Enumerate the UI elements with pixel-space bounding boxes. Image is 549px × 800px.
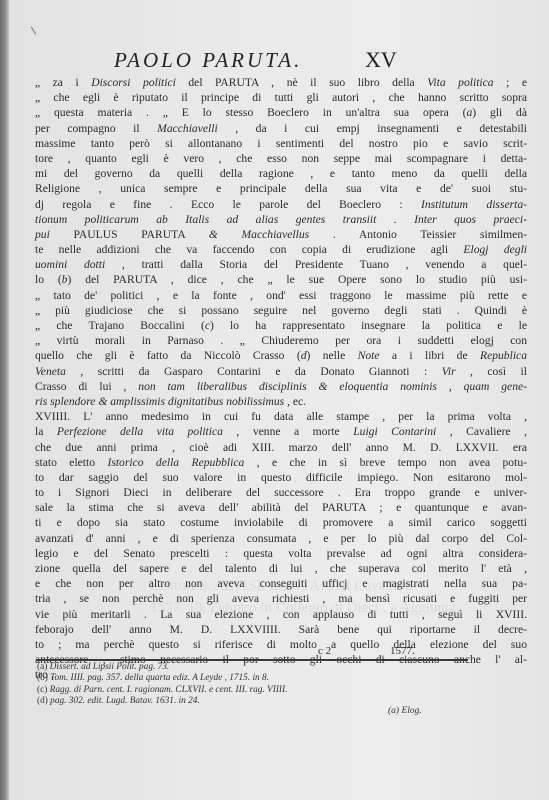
italic-text: Discorsi politici (91, 76, 176, 89)
text-run: e che non per altro non aveva conseguiti… (35, 577, 527, 590)
text-run: te nelle addizioni che va faccendo con c… (35, 243, 463, 256)
text-line: e che non per altro non aveva conseguiti… (35, 576, 527, 591)
footnote-text: Ragg. di Parn. cent. I. ragionam. CLXVII… (50, 685, 288, 695)
italic-text: pui (35, 228, 50, 241)
text-line: vie più meritarli . La sua elezione , co… (35, 607, 527, 622)
signature-mark: c 2 (318, 645, 331, 657)
text-run: quello che gli è fatto da Niccolò Crasso… (35, 349, 301, 362)
text-line: ris splendore & amplissimis dignitatibus… (35, 394, 527, 409)
text-line: Religione , unica sempre e principale de… (35, 181, 527, 196)
catchword: 1577. (390, 645, 415, 657)
page-header: PAOLO PARUTA. XV (110, 48, 510, 74)
text-line: feborajo dell' anno M. D. LXXVIIII. Sarà… (35, 622, 527, 637)
footnote-mark: (d) (37, 696, 48, 706)
text-run: ti e dopo sia stato costume inviolabile … (35, 516, 527, 529)
italic-text: & Macchiavellus (209, 228, 309, 241)
text-line: to dar saggio del suo valore in questo d… (35, 470, 527, 485)
text-run: , e che in sì breve tempo non avea potu- (244, 456, 527, 469)
text-run: , da i cui empj insegnamenti e detestabi… (218, 122, 527, 135)
italic-text: tionum politicarum ab Italis ad alias ge… (35, 213, 527, 226)
text-line: tore , quanto egli è vero , che esso non… (35, 151, 527, 166)
text-run: la (35, 425, 57, 438)
text-run: to i Signori Dieci in deliberare del suc… (35, 486, 527, 499)
footnote-b: (b) Tom. IIII. pag. 357. della quarta ed… (37, 673, 457, 684)
footnote-mark: (c) (37, 685, 47, 695)
text-run: zione quella del sapere e del talento di… (35, 562, 527, 575)
text-run: „ questa materia . „ E lo stesso Boecler… (35, 106, 466, 119)
page-binding-shadow (0, 0, 9, 800)
text-run: , Cavaliere , (436, 425, 527, 438)
text-line: legio e del Senato prescelti : questa vo… (35, 546, 527, 561)
italic-text: Macchiavelli (157, 122, 218, 135)
body-text: „ za i Discorsi politici del PARUTA , nè… (35, 75, 527, 683)
text-run: , così il (456, 365, 527, 378)
text-line: quello che gli è fatto da Niccolò Crasso… (35, 348, 527, 363)
footnote-text: Dissert. ad Lipsii Polit. pag. 73. (50, 662, 170, 672)
italic-text: Elogj degli (463, 243, 527, 256)
italic-text: Republica (480, 349, 527, 362)
text-run: legio e del Senato prescelti : questa vo… (35, 547, 527, 560)
text-line: „ più giudiciose che si possano seguire … (35, 303, 527, 318)
text-run: „ za i (35, 76, 91, 89)
text-line: dj regola e fine . Ecco le parole del Bo… (35, 197, 527, 212)
text-line: zione quella del sapere e del talento di… (35, 561, 527, 576)
footnote-mark: (b) (37, 673, 48, 683)
text-run: tore , quanto egli è vero , che esso non… (35, 152, 527, 165)
text-line: „ virtù morali in Parnaso . „ Chiuderemo… (35, 333, 527, 348)
text-run: ; e (494, 76, 527, 89)
italic-text: Perfezione della vita politica (57, 425, 223, 438)
text-line: massime tanto però si allontanano i sent… (35, 136, 527, 151)
text-run: avanzati d' anni , e di sperienza consum… (35, 532, 527, 545)
book-page: PAOLO PARUTA. XV Elettori S. ALVISE CONT… (0, 0, 549, 800)
text-line: Crasso di lui , non tam liberalibus disc… (35, 379, 527, 394)
text-run: . Antonio Teissier similmen- (309, 228, 527, 241)
text-line: per compagno il Macchiavelli , da i cui … (35, 121, 527, 136)
text-run: tria , se non perchè non gli aveva richi… (35, 592, 527, 605)
text-run: „ virtù morali in Parnaso . „ Chiuderemo… (35, 334, 527, 347)
footnote-catchword: (a) Elog. (388, 706, 422, 716)
text-line: uomini dotti , tratti dalla Storia del P… (35, 257, 527, 272)
italic-text: Note (358, 349, 380, 362)
text-line: „ che Trajano Boccalini (c) lo ha rappre… (35, 318, 527, 333)
text-line: tionum politicarum ab Italis ad alias ge… (35, 212, 527, 227)
italic-text: Vita politica (427, 76, 493, 89)
text-line: tria , se non perchè non gli aveva richi… (35, 591, 527, 606)
text-run: , venne a morte (223, 425, 353, 438)
text-run: „ tato de' politici , e la fonte , ond' … (35, 289, 527, 302)
text-run: stato eletto (35, 456, 107, 469)
text-run: „ che egli è riputato il principe di tut… (35, 91, 527, 104)
text-line: che due anni prima , cioè adi XIII. marz… (35, 440, 527, 455)
italic-text: Luigi Contarini (353, 425, 436, 438)
italic-text: Istorico della Repubblica (107, 456, 244, 469)
text-run: ) gli dà (472, 106, 527, 119)
footnote-a: (a) Dissert. ad Lipsii Polit. pag. 73. (37, 662, 457, 673)
italic-text: ris splendore & amplissimis dignitatibus… (35, 395, 284, 408)
ink-mark (31, 26, 36, 34)
page-number: XV (365, 47, 397, 73)
text-line: to i Signori Dieci in deliberare del suc… (35, 485, 527, 500)
text-run: ) nelle (306, 349, 357, 362)
text-run: , scritti da Gasparo Contarini e da Dona… (66, 365, 442, 378)
text-run: ) del PARUTA , dice , che „ le sue Opere… (68, 273, 527, 286)
text-run: massime tanto però si allontanano i sent… (35, 137, 527, 150)
text-line: mi del governo da quelli della ragione ,… (35, 166, 527, 181)
text-line: la Perfezione della vita politica , venn… (35, 424, 527, 439)
text-line: pui PAULUS PARUTA & Macchiavellus . Anto… (35, 227, 527, 242)
text-run: , ec. (284, 395, 306, 408)
text-run: mi del governo da quelli della ragione ,… (35, 167, 527, 180)
text-run: , tratti dalla Storia del Presidente Tua… (105, 258, 527, 271)
text-run: Religione , unica sempre e principale de… (35, 182, 527, 195)
text-run: per compagno il (35, 122, 157, 135)
text-line: Veneta , scritti da Gasparo Contarini e … (35, 364, 527, 379)
text-line: sale la stima che si aveva dell' abilità… (35, 500, 527, 515)
text-run: a i libri de (380, 349, 480, 362)
text-run: ) lo ha rappresentato insegnare la polit… (210, 319, 527, 332)
italic-text: uomini dotti (35, 258, 105, 271)
text-run: sale la stima che si aveva dell' abilità… (35, 501, 527, 514)
text-run: del PARUTA , nè il suo libro della (176, 76, 427, 89)
text-line: ti e dopo sia stato costume inviolabile … (35, 515, 527, 530)
footnotes: (a) Dissert. ad Lipsii Polit. pag. 73. (… (37, 662, 457, 707)
italic-text: Veneta (35, 365, 66, 378)
text-line: „ za i Discorsi politici del PARUTA , nè… (35, 75, 527, 90)
text-run: vie più meritarli . La sua elezione , co… (35, 608, 527, 621)
text-line: XVIIII. L' anno medesimo in cui fu data … (35, 409, 527, 424)
text-run: to dar saggio del suo valore in questo d… (35, 471, 527, 484)
text-run: feborajo dell' anno M. D. LXXVIIII. Sarà… (35, 623, 527, 636)
text-run: „ più giudiciose che si possano seguire … (35, 304, 527, 317)
running-title: PAOLO PARUTA. (114, 48, 302, 73)
signature-line: c 2 1577. (0, 645, 549, 659)
italic-text: Institutum disserta- (421, 198, 527, 211)
footnote-c: (c) Ragg. di Parn. cent. I. ragionam. CL… (37, 685, 457, 696)
text-run: lo ( (35, 273, 62, 286)
footnote-rule (36, 659, 468, 661)
text-run: PAULUS PARUTA (50, 228, 209, 241)
footnote-mark: (a) (37, 662, 47, 672)
text-line: te nelle addizioni che va faccendo con c… (35, 242, 527, 257)
footnote-text: pag. 302. edit. Lugd. Batav. 1631. in 24… (50, 696, 200, 706)
italic-text: non tam liberalibus disciplinis & eloque… (138, 380, 527, 393)
text-line: avanzati d' anni , e di sperienza consum… (35, 531, 527, 546)
text-run: Crasso di lui , (35, 380, 138, 393)
text-line: lo (b) del PARUTA , dice , che „ le sue … (35, 272, 527, 287)
text-run: XVIIII. L' anno medesimo in cui fu data … (35, 410, 527, 423)
text-line: stato eletto Istorico della Repubblica ,… (35, 455, 527, 470)
text-line: „ tato de' politici , e la fonte , ond' … (35, 288, 527, 303)
text-run: „ che Trajano Boccalini ( (35, 319, 205, 332)
text-run: dj regola e fine . Ecco le parole del Bo… (35, 198, 421, 211)
text-run: che due anni prima , cioè adi XIII. marz… (35, 441, 527, 454)
text-line: „ questa materia . „ E lo stesso Boecler… (35, 105, 527, 120)
text-line: „ che egli è riputato il principe di tut… (35, 90, 527, 105)
italic-text: Vir (442, 365, 456, 378)
footnote-text: Tom. IIII. pag. 357. della quarta ediz. … (50, 673, 269, 683)
